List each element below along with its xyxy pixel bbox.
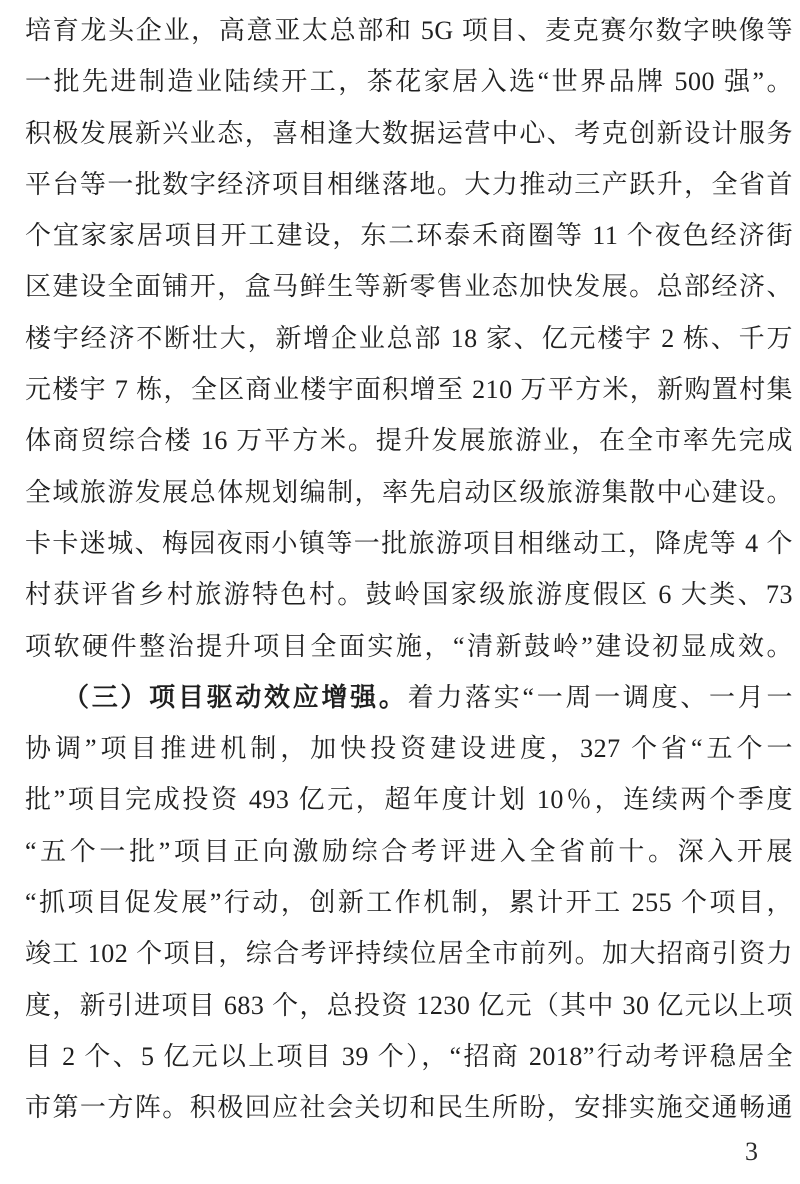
text-line: 培育龙头企业，高意亚太总部和 5G 项目、麦克赛尔数字映像等: [25, 5, 793, 56]
text-line: 平台等一批数字经济项目相继落地。大力推动三产跃升，全省首: [25, 159, 793, 210]
text-line: 目 2 个、5 亿元以上项目 39 个），“招商 2018”行动考评稳居全: [25, 1031, 793, 1082]
text-line: 体商贸综合楼 16 万平方米。提升发展旅游业，在全市率先完成: [25, 415, 793, 466]
body-text: 培育龙头企业，高意亚太总部和 5G 项目、麦克赛尔数字映像等 一批先进制造业陆续…: [25, 5, 793, 1134]
text-run: 着力落实“一周一调度、一月一: [408, 683, 793, 712]
page-number: 3: [745, 1134, 758, 1170]
text-line: 协调”项目推进机制，加快投资建设进度，327 个省“五个一: [25, 723, 793, 774]
text-line: 全域旅游发展总体规划编制，率先启动区级旅游集散中心建设。: [25, 467, 793, 518]
paragraph-start-line: （三）项目驱动效应增强。着力落实“一周一调度、一月一: [25, 672, 793, 723]
text-line: 积极发展新兴业态，喜相逢大数据运营中心、考克创新设计服务: [25, 108, 793, 159]
text-line: 度，新引进项目 683 个，总投资 1230 亿元（其中 30 亿元以上项: [25, 980, 793, 1031]
text-line: 项软硬件整治提升项目全面实施，“清新鼓岭”建设初显成效。: [25, 621, 793, 672]
text-line: 一批先进制造业陆续开工，茶花家居入选“世界品牌 500 强”。: [25, 56, 793, 107]
text-line: 个宜家家居项目开工建设，东二环泰禾商圈等 11 个夜色经济街: [25, 210, 793, 261]
text-line: “抓项目促发展”行动，创新工作机制，累计开工 255 个项目，: [25, 877, 793, 928]
text-line: 竣工 102 个项目，综合考评持续位居全市前列。加大招商引资力: [25, 928, 793, 979]
document-page: 培育龙头企业，高意亚太总部和 5G 项目、麦克赛尔数字映像等 一批先进制造业陆续…: [0, 0, 800, 1184]
text-line: 元楼宇 7 栋，全区商业楼宇面积增至 210 万平方米，新购置村集: [25, 364, 793, 415]
text-line: 区建设全面铺开，盒马鲜生等新零售业态加快发展。总部经济、: [25, 261, 793, 312]
section-heading: （三）项目驱动效应增强。: [63, 683, 408, 712]
text-line: 批”项目完成投资 493 亿元，超年度计划 10％，连续两个季度: [25, 774, 793, 825]
text-line: “五个一批”项目正向激励综合考评进入全省前十。深入开展: [25, 826, 793, 877]
text-line: 村获评省乡村旅游特色村。鼓岭国家级旅游度假区 6 大类、73: [25, 569, 793, 620]
text-line: 楼宇经济不断壮大，新增企业总部 18 家、亿元楼宇 2 栋、千万: [25, 313, 793, 364]
text-line: 市第一方阵。积极回应社会关切和民生所盼，安排实施交通畅通: [25, 1082, 793, 1133]
text-line: 卡卡迷城、梅园夜雨小镇等一批旅游项目相继动工，降虎等 4 个: [25, 518, 793, 569]
